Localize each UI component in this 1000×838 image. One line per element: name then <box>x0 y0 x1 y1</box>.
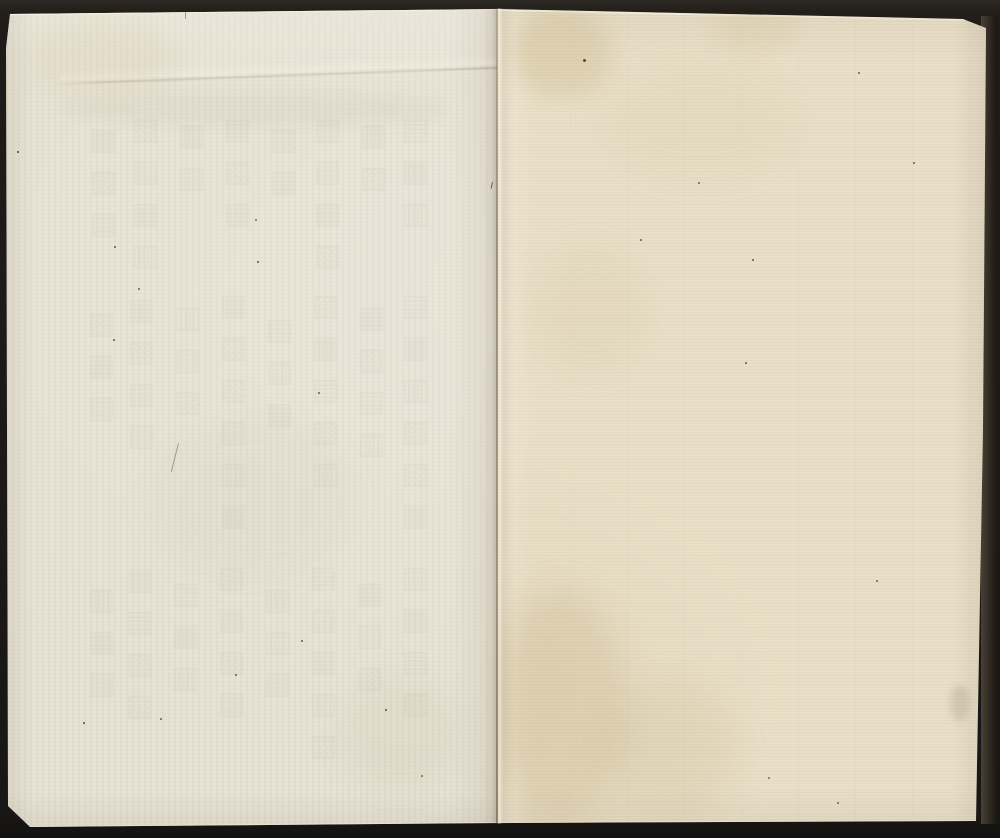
paper-speck <box>17 151 19 153</box>
paper-speck <box>768 777 770 779</box>
foxing-stain <box>712 4 797 50</box>
paper-speck <box>876 580 878 582</box>
paper-speck <box>583 59 586 62</box>
paper-speck <box>138 288 140 290</box>
foxing-stain <box>340 675 460 790</box>
paper-speck <box>113 339 115 341</box>
foxing-stain <box>530 245 650 375</box>
paper-speck <box>83 722 85 724</box>
foxing-stain <box>950 685 970 721</box>
paper-fiber <box>185 12 186 19</box>
paper-speck <box>698 182 700 184</box>
foxing-stain <box>600 60 800 180</box>
paper-speck <box>385 709 387 711</box>
paper-speck <box>257 261 259 263</box>
book-scan-photo: ▤▦▥▦▨▥▤▦▧▨▦▤▧▦▦▥▧▤▦▥▦▨▤▤▦▥▨▧▦▦▧▤▥▨▦▤▧▥▤▥… <box>0 0 1000 838</box>
paper-speck <box>301 640 303 642</box>
foxing-stain <box>25 20 175 95</box>
foxing-stain <box>150 420 350 580</box>
paper-speck <box>255 219 257 221</box>
paper-speck <box>160 718 162 720</box>
paper-speck <box>837 802 839 804</box>
foxing-stain <box>60 92 450 126</box>
paper-speck <box>421 775 423 777</box>
paper-speck <box>913 162 915 164</box>
gutter-fold-line <box>496 9 498 823</box>
paper-speck <box>752 259 754 261</box>
paper-speck <box>640 239 642 241</box>
paper-speck <box>318 392 320 394</box>
paper-speck <box>745 362 747 364</box>
foxing-stain <box>512 10 612 98</box>
paper-speck <box>114 246 116 248</box>
foxing-stain <box>605 680 735 820</box>
gutter-shadow <box>482 8 514 824</box>
paper-speck <box>858 72 860 74</box>
paper-speck <box>235 674 237 676</box>
